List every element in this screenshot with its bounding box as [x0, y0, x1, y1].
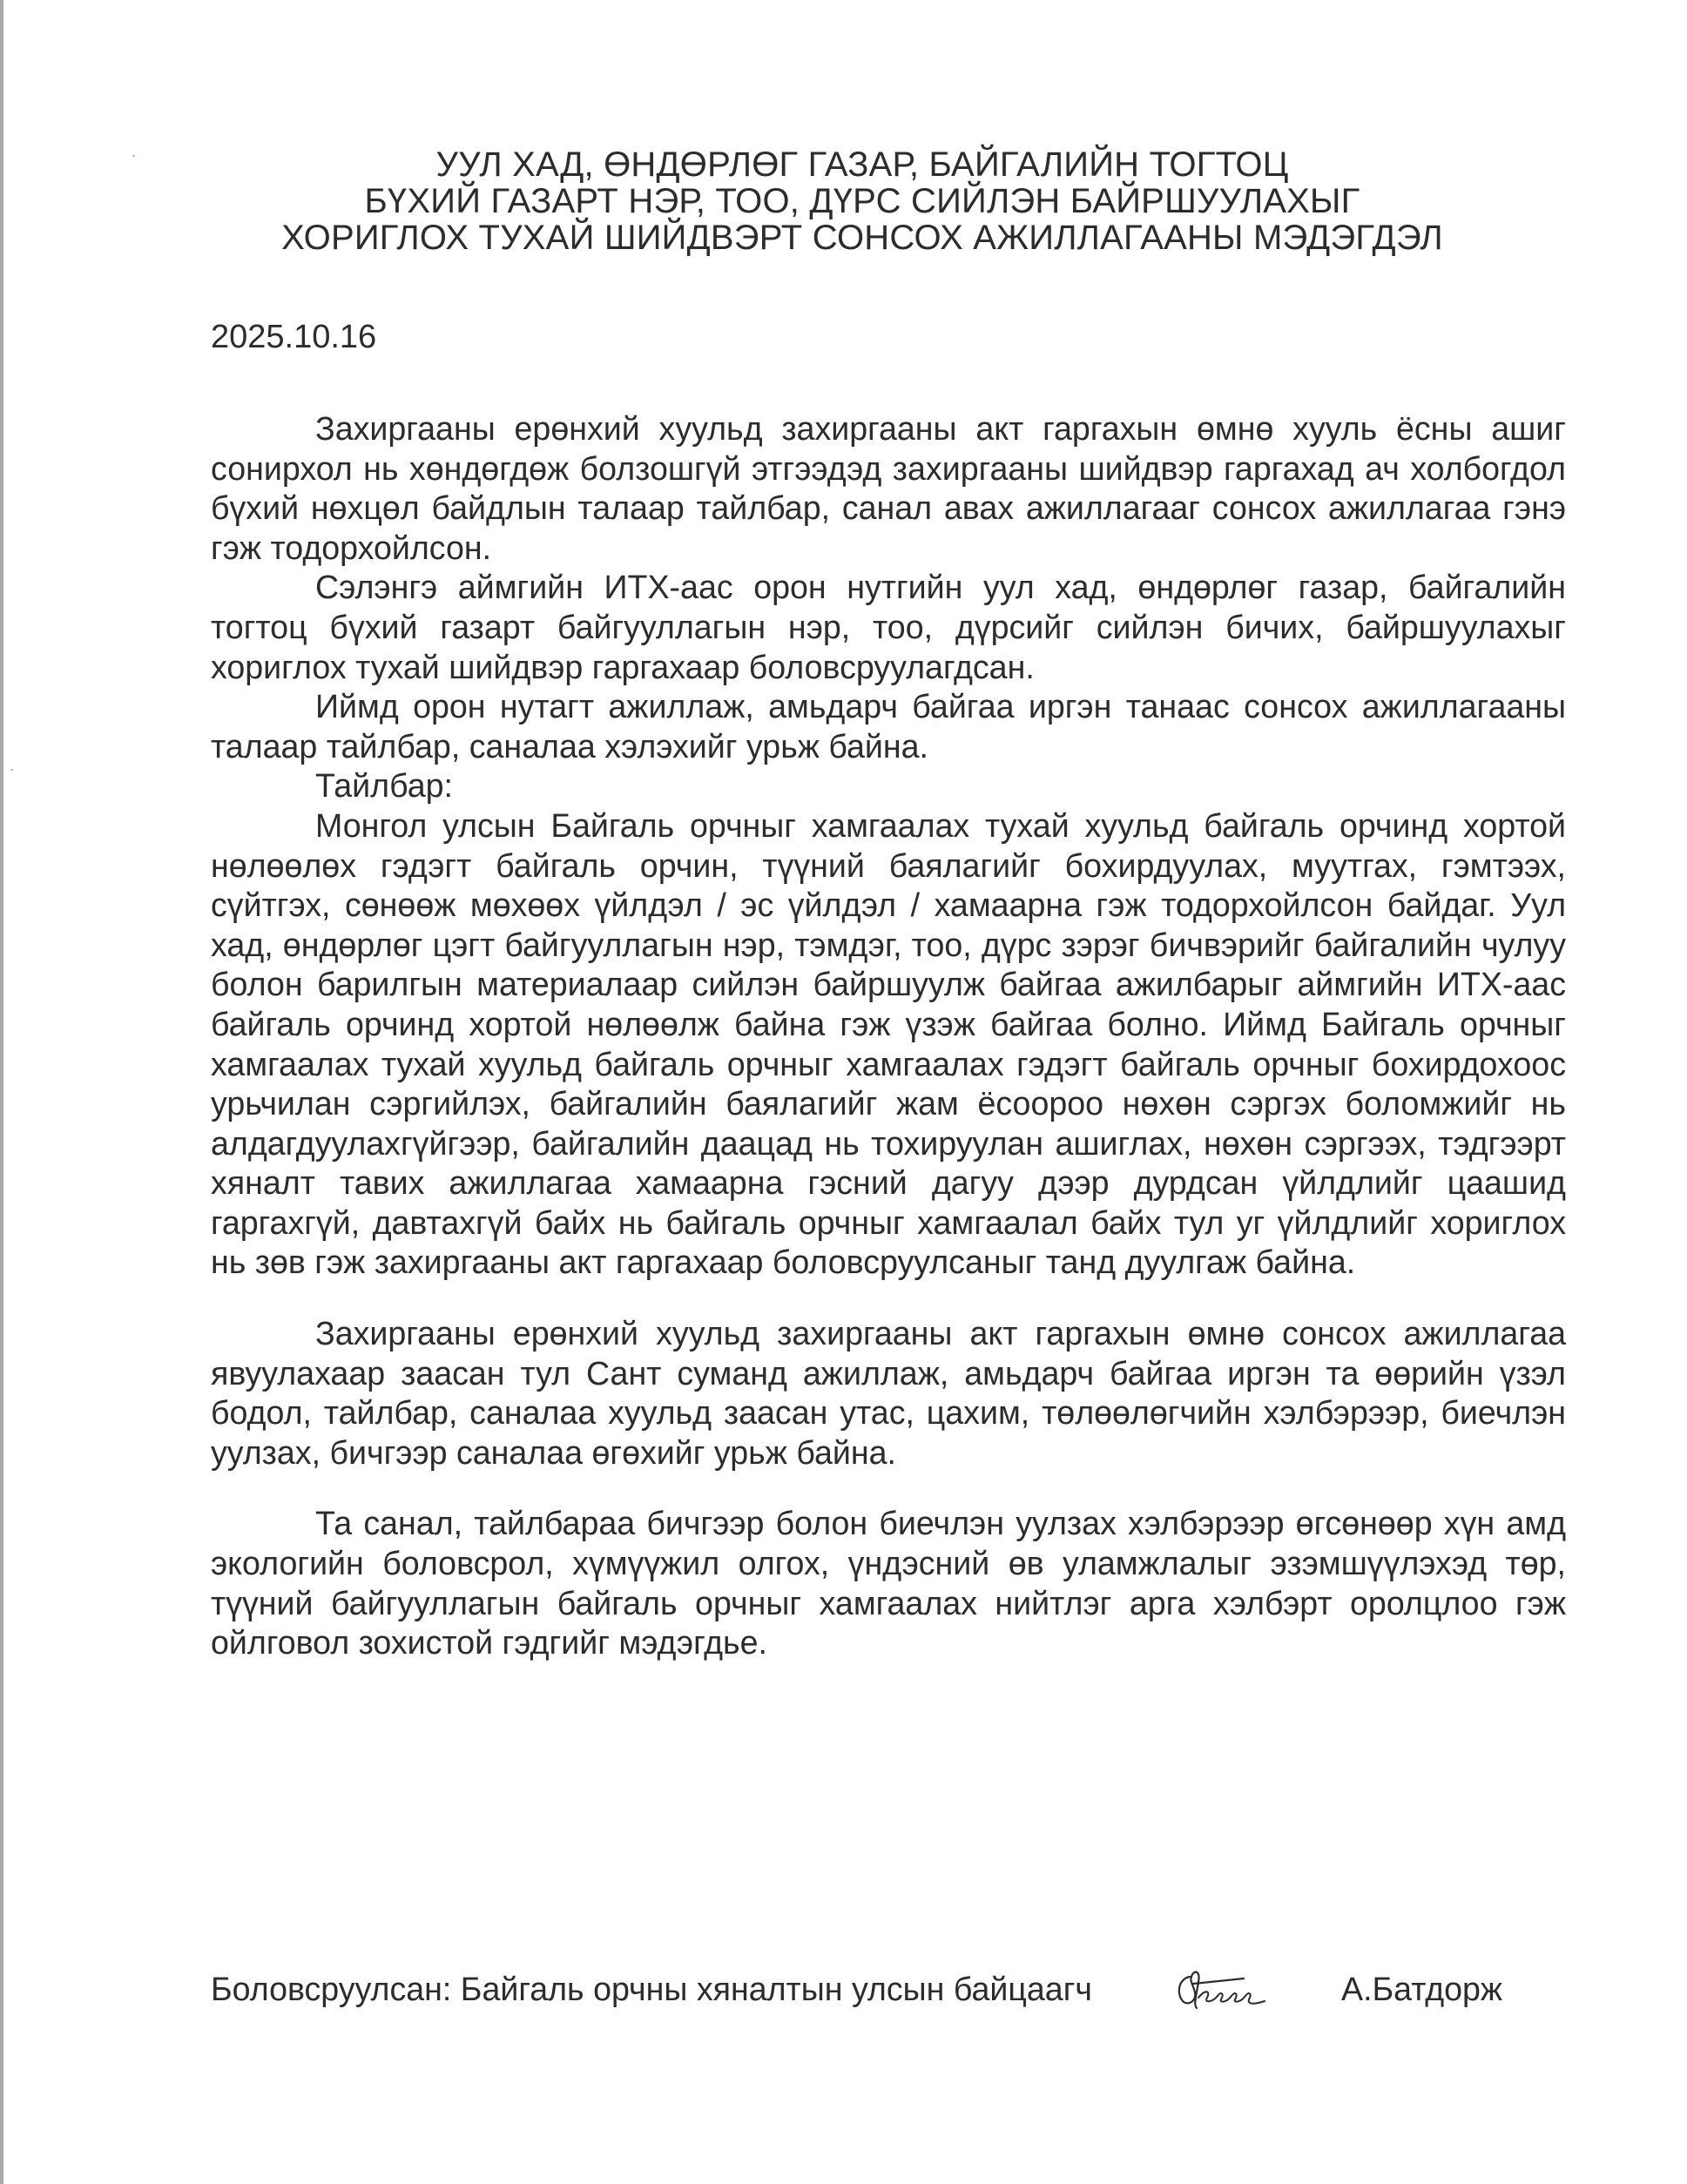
- document-title: УУЛ ХАД, ӨНДӨРЛӨГ ГАЗАР, БАЙГАЛИЙН ТОГТО…: [209, 146, 1515, 256]
- explanation-heading: Тайлбар:: [211, 766, 1566, 806]
- scan-speck: [132, 155, 135, 157]
- scan-speck: [10, 769, 13, 771]
- document-body: Захиргааны ерөнхий хуульд захиргааны акт…: [211, 409, 1566, 1663]
- scan-edge-border: [0, 0, 3, 2184]
- title-line-3: ХОРИГЛОХ ТУХАЙ ШИЙДВЭРТ СОНСОХ АЖИЛЛАГАА…: [209, 219, 1515, 256]
- title-line-2: БҮХИЙ ГАЗАРТ НЭР, ТОО, ДҮРС СИЙЛЭН БАЙРШ…: [209, 183, 1515, 219]
- paragraph-decision-draft: Сэлэнгэ аймгийн ИТХ-аас орон нутгийн уул…: [211, 568, 1566, 687]
- document-date: 2025.10.16: [211, 318, 376, 357]
- paragraph-closing: Та санал, тайлбараа бичгээр болон биечлэ…: [211, 1504, 1566, 1662]
- paragraph-explanation: Монгол улсын Байгаль орчныг хамгаалах ту…: [211, 806, 1566, 1283]
- handwritten-signature-icon: [1171, 1963, 1273, 2015]
- signature-block: Боловсруулсан: Байгаль орчны хяналтын ул…: [211, 1970, 1569, 2013]
- title-line-1: УУЛ ХАД, ӨНДӨРЛӨГ ГАЗАР, БАЙГАЛИЙН ТОГТО…: [209, 146, 1515, 183]
- paragraph-hearing-procedure: Захиргааны ерөнхий хуульд захиргааны акт…: [211, 1314, 1566, 1473]
- paragraph-invitation: Иймд орон нутагт ажиллаж, амьдарч байгаа…: [211, 687, 1566, 766]
- signatory-name: А.Батдорж: [1341, 1970, 1502, 2009]
- signatory-role: Боловсруулсан: Байгаль орчны хяналтын ул…: [211, 1970, 1092, 2009]
- paragraph-definition: Захиргааны ерөнхий хуульд захиргааны акт…: [211, 409, 1566, 568]
